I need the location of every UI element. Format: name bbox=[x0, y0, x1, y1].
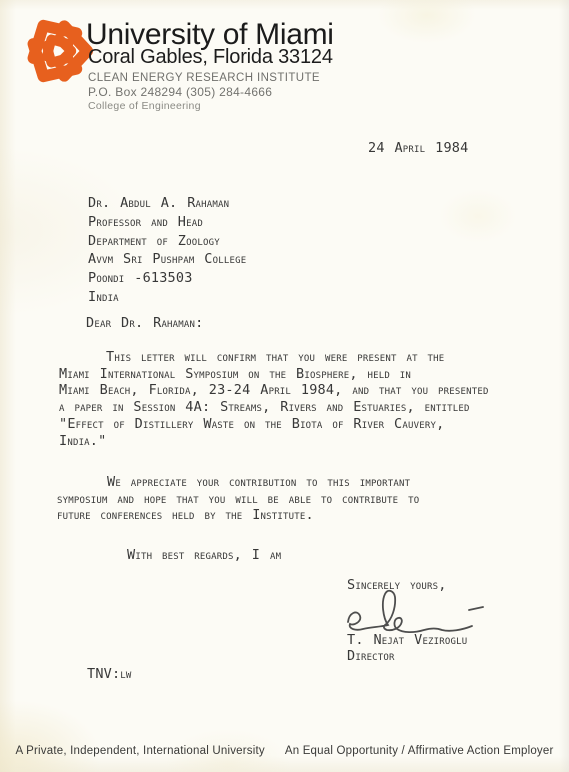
footer-left-text: A Private, Independent, International Un… bbox=[16, 745, 265, 758]
recipient-line: Department of Zoology bbox=[88, 232, 246, 251]
body-paragraph-2: We appreciate your contribution to this … bbox=[57, 474, 562, 524]
recipient-line: India bbox=[88, 288, 246, 307]
letterhead-pobox-phone: P.O. Box 248294 (305) 284-4666 bbox=[88, 86, 272, 98]
signer-title: Director bbox=[347, 648, 395, 665]
letterhead-city-line: Coral Gables, Florida 33124 bbox=[88, 47, 333, 67]
recipient-address: Dr. Abdul A. Rahaman Professor and Head … bbox=[88, 194, 246, 307]
body-paragraph-1: This letter will confirm that you were p… bbox=[59, 349, 564, 449]
recipient-line: Dr. Abdul A. Rahaman bbox=[88, 194, 246, 213]
letterhead-institute: CLEAN ENERGY RESEARCH INSTITUTE bbox=[88, 72, 320, 84]
recipient-line: Professor and Head bbox=[88, 213, 246, 232]
scanned-letter-page: University of Miami Coral Gables, Florid… bbox=[0, 0, 569, 772]
recipient-line: Avvm Sri Pushpam College bbox=[88, 250, 246, 269]
page-footer: A Private, Independent, International Un… bbox=[0, 745, 569, 758]
reference-initials: TNV:lw bbox=[87, 666, 132, 683]
letter-date: 24 April 1984 bbox=[368, 140, 468, 157]
salutation: Dear Dr. Rahaman: bbox=[86, 315, 203, 332]
footer-right-text: An Equal Opportunity / Affirmative Actio… bbox=[285, 745, 554, 758]
signer-name: T. Nejat Veziroglu bbox=[347, 632, 467, 649]
recipient-line: Poondi -613503 bbox=[88, 269, 246, 288]
closing-line: With best regards, I am bbox=[127, 547, 281, 564]
letterhead-college: College of Engineering bbox=[88, 101, 201, 112]
